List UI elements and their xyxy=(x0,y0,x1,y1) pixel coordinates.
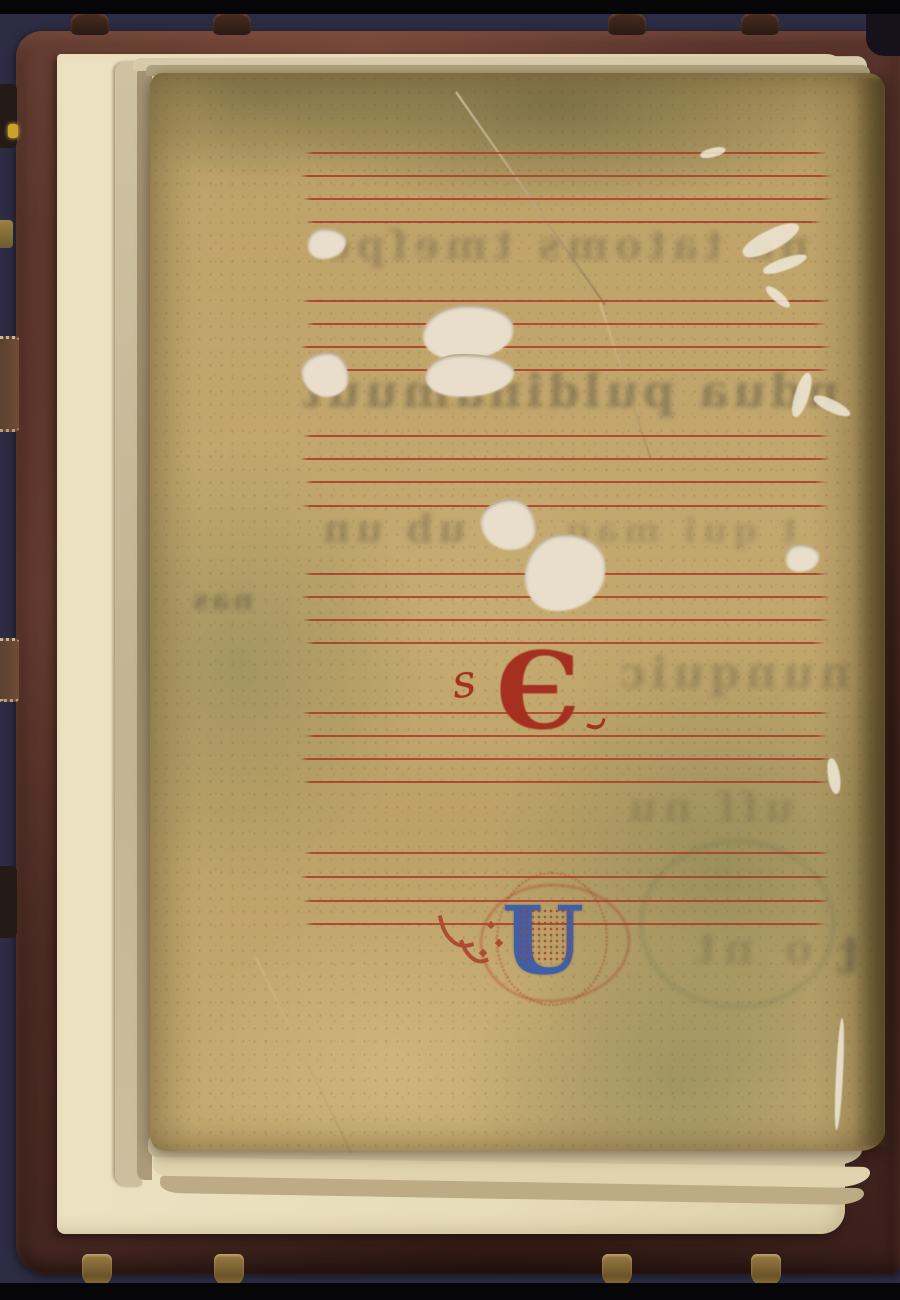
bleed-through-text: nunquic xyxy=(614,652,851,696)
binding-clasp-hardware xyxy=(0,220,13,248)
staff-line xyxy=(305,481,827,483)
staff-line xyxy=(305,152,827,154)
bleed-through-text: t xyxy=(836,930,860,982)
parchment-hole xyxy=(302,352,348,396)
binding-boss-top xyxy=(213,11,251,35)
bleed-through-text: uff nu xyxy=(622,788,794,828)
red-penwork-infill xyxy=(518,908,570,964)
initial-E: Є xyxy=(496,628,580,753)
binding-strap xyxy=(0,336,19,432)
manuscript-photograph: s Є U na tatoms tmeſpondua puldinamuutub… xyxy=(0,0,900,1300)
staff-line xyxy=(304,852,830,854)
film-border-bottom xyxy=(0,1283,900,1300)
staff-line xyxy=(303,781,829,783)
binding-boss-top xyxy=(741,11,779,35)
binding-boss-bottom xyxy=(214,1254,244,1286)
binding-boss-top xyxy=(71,11,109,35)
film-border-top xyxy=(0,0,900,14)
staff-line xyxy=(300,346,832,348)
staff-line xyxy=(302,300,830,302)
staff-line xyxy=(306,323,826,325)
binding-boss-bottom xyxy=(82,1254,112,1286)
staff-line xyxy=(303,435,830,437)
bleed-through-text: ndua puldinamuut xyxy=(298,368,840,414)
binding-boss-bottom xyxy=(751,1254,781,1286)
staff-line xyxy=(303,619,830,621)
binding-boss-top xyxy=(608,11,646,35)
binding-boss-bottom xyxy=(602,1254,632,1286)
staff-line xyxy=(302,505,830,507)
binding-strap xyxy=(0,638,19,702)
top-right-shadow xyxy=(866,10,900,56)
bleed-through-text: nas xyxy=(190,586,253,614)
binding-clasp-hardware xyxy=(0,866,17,938)
staff-line xyxy=(304,369,830,371)
binding-clasp-hardware xyxy=(8,124,18,138)
bleed-through-text: o nt xyxy=(688,928,813,970)
staff-line xyxy=(306,221,822,223)
staff-line xyxy=(300,175,833,177)
staff-line xyxy=(300,458,831,460)
staff-line xyxy=(303,198,833,200)
binding-clasp-hardware xyxy=(0,84,17,148)
bleed-through-text: ub un xyxy=(318,510,466,548)
staff-line xyxy=(300,758,832,760)
bleed-through-text: t qui mag xyxy=(560,514,797,548)
